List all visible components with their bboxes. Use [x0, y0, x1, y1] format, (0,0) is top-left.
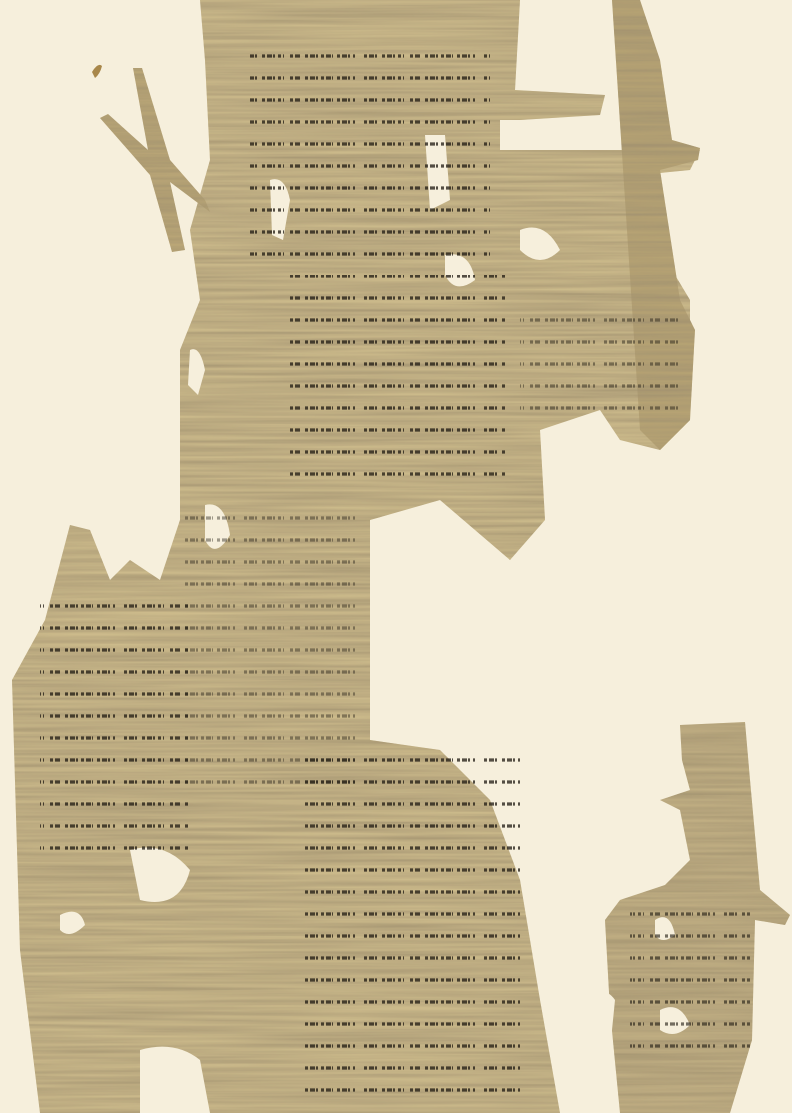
- text-block-fragment: [630, 900, 750, 1050]
- text-block-left: [40, 600, 190, 850]
- papyrus-illustration: [0, 0, 792, 1113]
- detached-chip: [92, 65, 102, 78]
- text-block-middle: [290, 275, 505, 490]
- text-block-right: [520, 300, 680, 420]
- text-block-upper: [250, 40, 490, 270]
- text-block-center-faint: [180, 500, 360, 800]
- papyrus-photograph: [0, 0, 792, 1113]
